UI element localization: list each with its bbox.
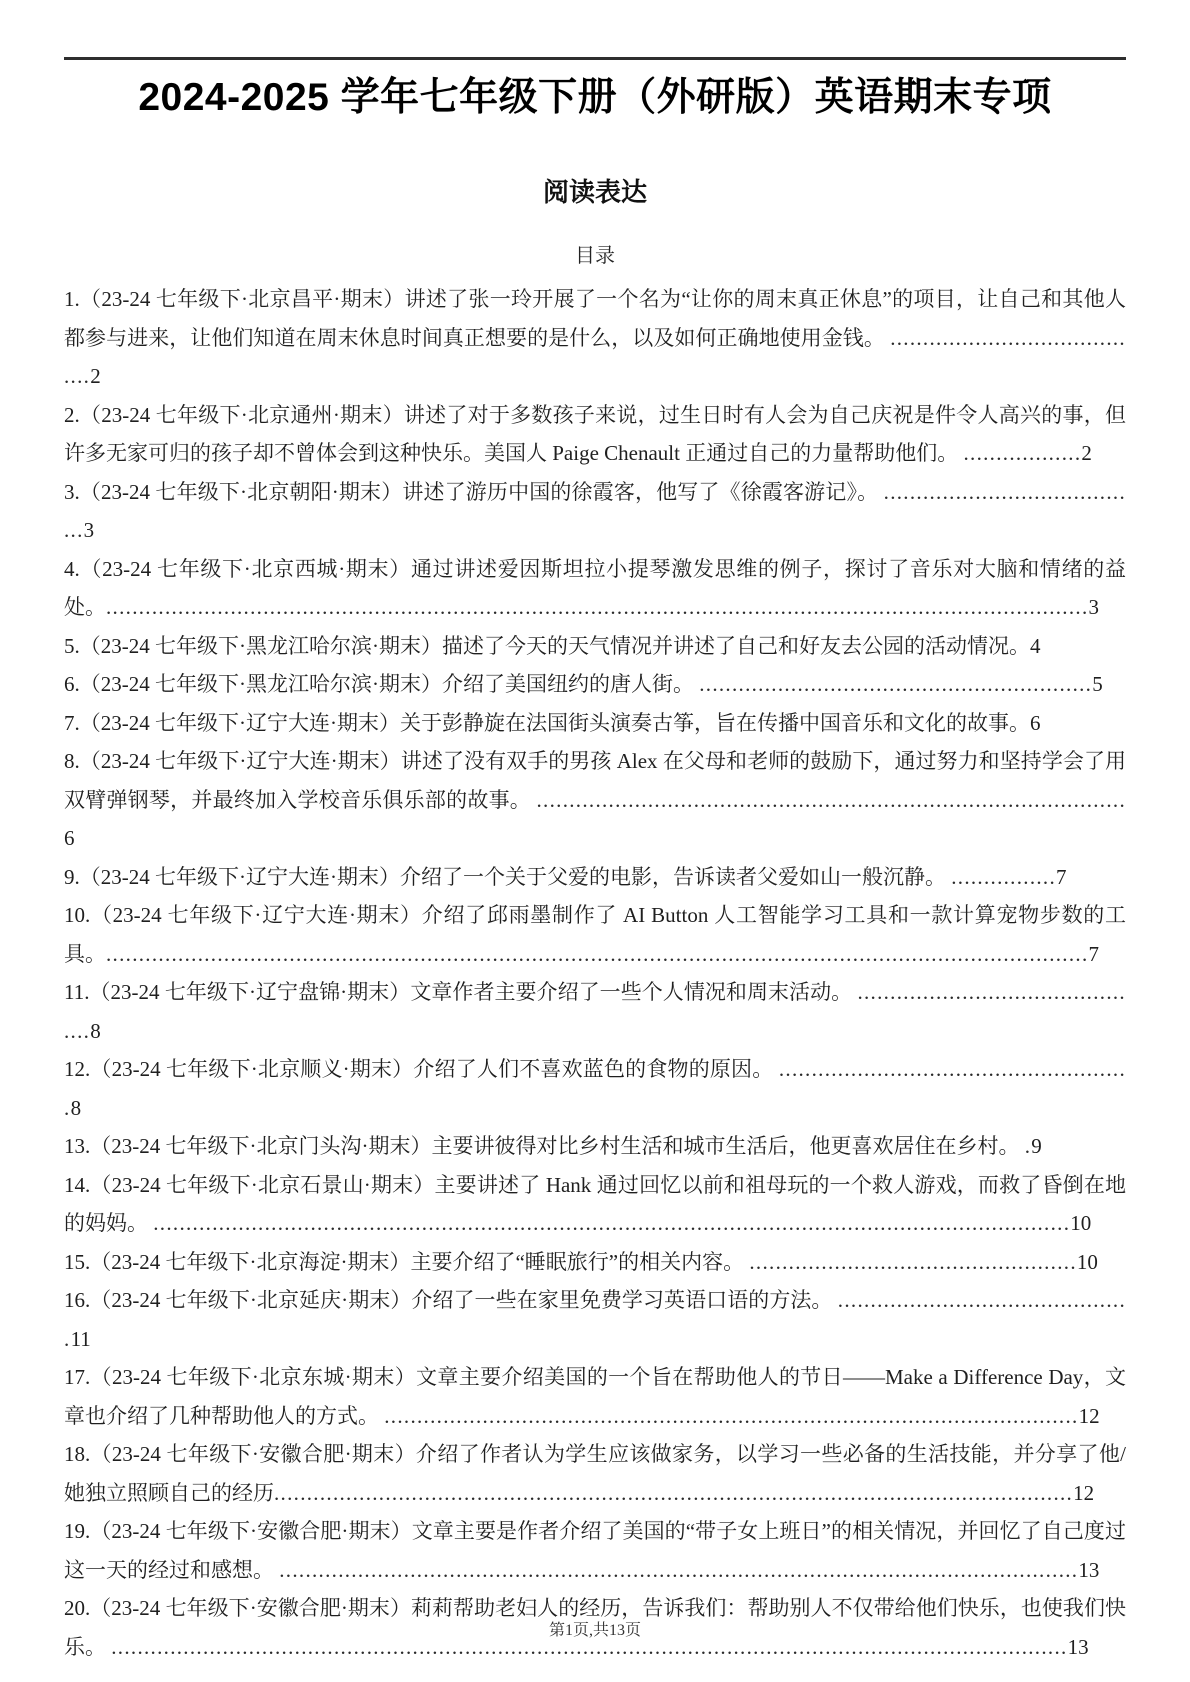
toc-entry-page: 3 xyxy=(1089,595,1100,619)
toc-entry-text: 13.（23-24 七年级下·北京门头沟·期末）主要讲彼得对比乡村生活和城市生活… xyxy=(64,1134,1025,1158)
toc-entry-page: 5 xyxy=(1092,672,1103,696)
toc-entry: 1.（23-24 七年级下·北京昌平·期末）讲述了张一玲开展了一个名为“让你的周… xyxy=(64,280,1126,396)
toc-entry-page: 6 xyxy=(64,826,75,850)
toc-entry-text: 6.（23-24 七年级下·黑龙江哈尔滨·期末）介绍了美国纽约的唐人街。 xyxy=(64,672,699,696)
toc-entry-page: 12 xyxy=(1079,1404,1100,1428)
toc-entry-leader: ........................................… xyxy=(274,1481,1073,1505)
toc-entry-text: 9.（23-24 七年级下·辽宁大连·期末）介绍了一个关于父爱的电影，告诉读者父… xyxy=(64,865,951,889)
toc-entry-page: 11 xyxy=(71,1327,91,1351)
toc-entry-page: 10 xyxy=(1077,1250,1098,1274)
toc-entry-page: 8 xyxy=(71,1096,82,1120)
toc-entry-text: 3.（23-24 七年级下·北京朝阳·期末）讲述了游历中国的徐霞客，他写了《徐霞… xyxy=(64,480,884,504)
document-page: 2024-2025 学年七年级下册（外研版）英语期末专项 阅读表达 目录 1.（… xyxy=(64,0,1126,1666)
toc-entry-page: 3 xyxy=(84,518,95,542)
toc-entry: 8.（23-24 七年级下·辽宁大连·期末）讲述了没有双手的男孩 Alex 在父… xyxy=(64,742,1126,858)
toc-entry: 17.（23-24 七年级下·北京东城·期末）文章主要介绍美国的一个旨在帮助他人… xyxy=(64,1358,1126,1435)
toc-entry-leader: .................. xyxy=(963,441,1081,465)
toc-entry-text: 7.（23-24 七年级下·辽宁大连·期末）关于彭静旋在法国街头演奏古筝，旨在传… xyxy=(64,711,1030,735)
section-title: 阅读表达 xyxy=(64,177,1126,208)
toc-entry: 9.（23-24 七年级下·辽宁大连·期末）介绍了一个关于父爱的电影，告诉读者父… xyxy=(64,858,1126,897)
toc-entry: 5.（23-24 七年级下·黑龙江哈尔滨·期末）描述了今天的天气情况并讲述了自己… xyxy=(64,627,1126,666)
toc-entry-text: 5.（23-24 七年级下·黑龙江哈尔滨·期末）描述了今天的天气情况并讲述了自己… xyxy=(64,634,1030,658)
toc-entry-leader: ........................................… xyxy=(106,595,1089,619)
toc-entry-page: 12 xyxy=(1073,1481,1094,1505)
toc-entry-page: 6 xyxy=(1030,711,1041,735)
toc-entry: 15.（23-24 七年级下·北京海淀·期末）主要介绍了“睡眠旅行”的相关内容。… xyxy=(64,1243,1126,1282)
toc-entry-page: 2 xyxy=(1081,441,1092,465)
toc-entry-leader: ........................................… xyxy=(537,788,1127,812)
header-rule xyxy=(64,57,1126,60)
toc-entry: 7.（23-24 七年级下·辽宁大连·期末）关于彭静旋在法国街头演奏古筝，旨在传… xyxy=(64,704,1126,743)
toc-entry-text: 15.（23-24 七年级下·北京海淀·期末）主要介绍了“睡眠旅行”的相关内容。 xyxy=(64,1250,749,1274)
toc-entry-text: 16.（23-24 七年级下·北京延庆·期末）介绍了一些在家里免费学习英语口语的… xyxy=(64,1288,838,1312)
toc-entry-page: 2 xyxy=(90,364,101,388)
toc-entry-leader: ................ xyxy=(951,865,1056,889)
toc-entry: 11.（23-24 七年级下·辽宁盘锦·期末）文章作者主要介绍了一些个人情况和周… xyxy=(64,973,1126,1050)
toc-heading: 目录 xyxy=(64,244,1126,268)
toc-entry: 18.（23-24 七年级下·安徽合肥·期末）介绍了作者认为学生应该做家务，以学… xyxy=(64,1435,1126,1512)
toc-entry-leader: ........................................… xyxy=(384,1404,1078,1428)
document-title: 2024-2025 学年七年级下册（外研版）英语期末专项 xyxy=(64,76,1126,121)
toc-entry-leader: ........................................… xyxy=(279,1558,1078,1582)
toc-entry: 6.（23-24 七年级下·黑龙江哈尔滨·期末）介绍了美国纽约的唐人街。 ...… xyxy=(64,665,1126,704)
toc-list: 1.（23-24 七年级下·北京昌平·期末）讲述了张一玲开展了一个名为“让你的周… xyxy=(64,280,1126,1666)
toc-entry-page: 8 xyxy=(90,1019,101,1043)
toc-entry: 2.（23-24 七年级下·北京通州·期末）讲述了对于多数孩子来说，过生日时有人… xyxy=(64,396,1126,473)
toc-entry-text: 12.（23-24 七年级下·北京顺义·期末）介绍了人们不喜欢蓝色的食物的原因。 xyxy=(64,1057,779,1081)
toc-entry: 13.（23-24 七年级下·北京门头沟·期末）主要讲彼得对比乡村生活和城市生活… xyxy=(64,1127,1126,1166)
toc-entry: 10.（23-24 七年级下·辽宁大连·期末）介绍了邱雨墨制作了 AI Butt… xyxy=(64,896,1126,973)
toc-entry-page: 7 xyxy=(1089,942,1100,966)
toc-entry: 14.（23-24 七年级下·北京石景山·期末）主要讲述了 Hank 通过回忆以… xyxy=(64,1166,1126,1243)
toc-entry-page: 13 xyxy=(1078,1558,1099,1582)
toc-entry-page: 4 xyxy=(1030,634,1041,658)
toc-entry-text: 11.（23-24 七年级下·辽宁盘锦·期末）文章作者主要介绍了一些个人情况和周… xyxy=(64,980,857,1004)
toc-entry-page: 10 xyxy=(1070,1211,1091,1235)
toc-entry: 19.（23-24 七年级下·安徽合肥·期末）文章主要是作者介绍了美国的“带子女… xyxy=(64,1512,1126,1589)
toc-entry: 12.（23-24 七年级下·北京顺义·期末）介绍了人们不喜欢蓝色的食物的原因。… xyxy=(64,1050,1126,1127)
toc-entry-leader: ........................................… xyxy=(749,1250,1077,1274)
toc-entry-leader: ........................................… xyxy=(699,672,1092,696)
page-number-footer: 第1页,共13页 xyxy=(0,1617,1190,1640)
toc-entry: 16.（23-24 七年级下·北京延庆·期末）介绍了一些在家里免费学习英语口语的… xyxy=(64,1281,1126,1358)
toc-entry: 4.（23-24 七年级下·北京西城·期末）通过讲述爱因斯坦拉小提琴激发思维的例… xyxy=(64,550,1126,627)
toc-entry-page: 9 xyxy=(1031,1134,1042,1158)
toc-entry-page: 7 xyxy=(1056,865,1067,889)
toc-entry-leader: ........................................… xyxy=(153,1211,1070,1235)
toc-entry-leader: ........................................… xyxy=(106,942,1089,966)
toc-entry: 3.（23-24 七年级下·北京朝阳·期末）讲述了游历中国的徐霞客，他写了《徐霞… xyxy=(64,473,1126,550)
